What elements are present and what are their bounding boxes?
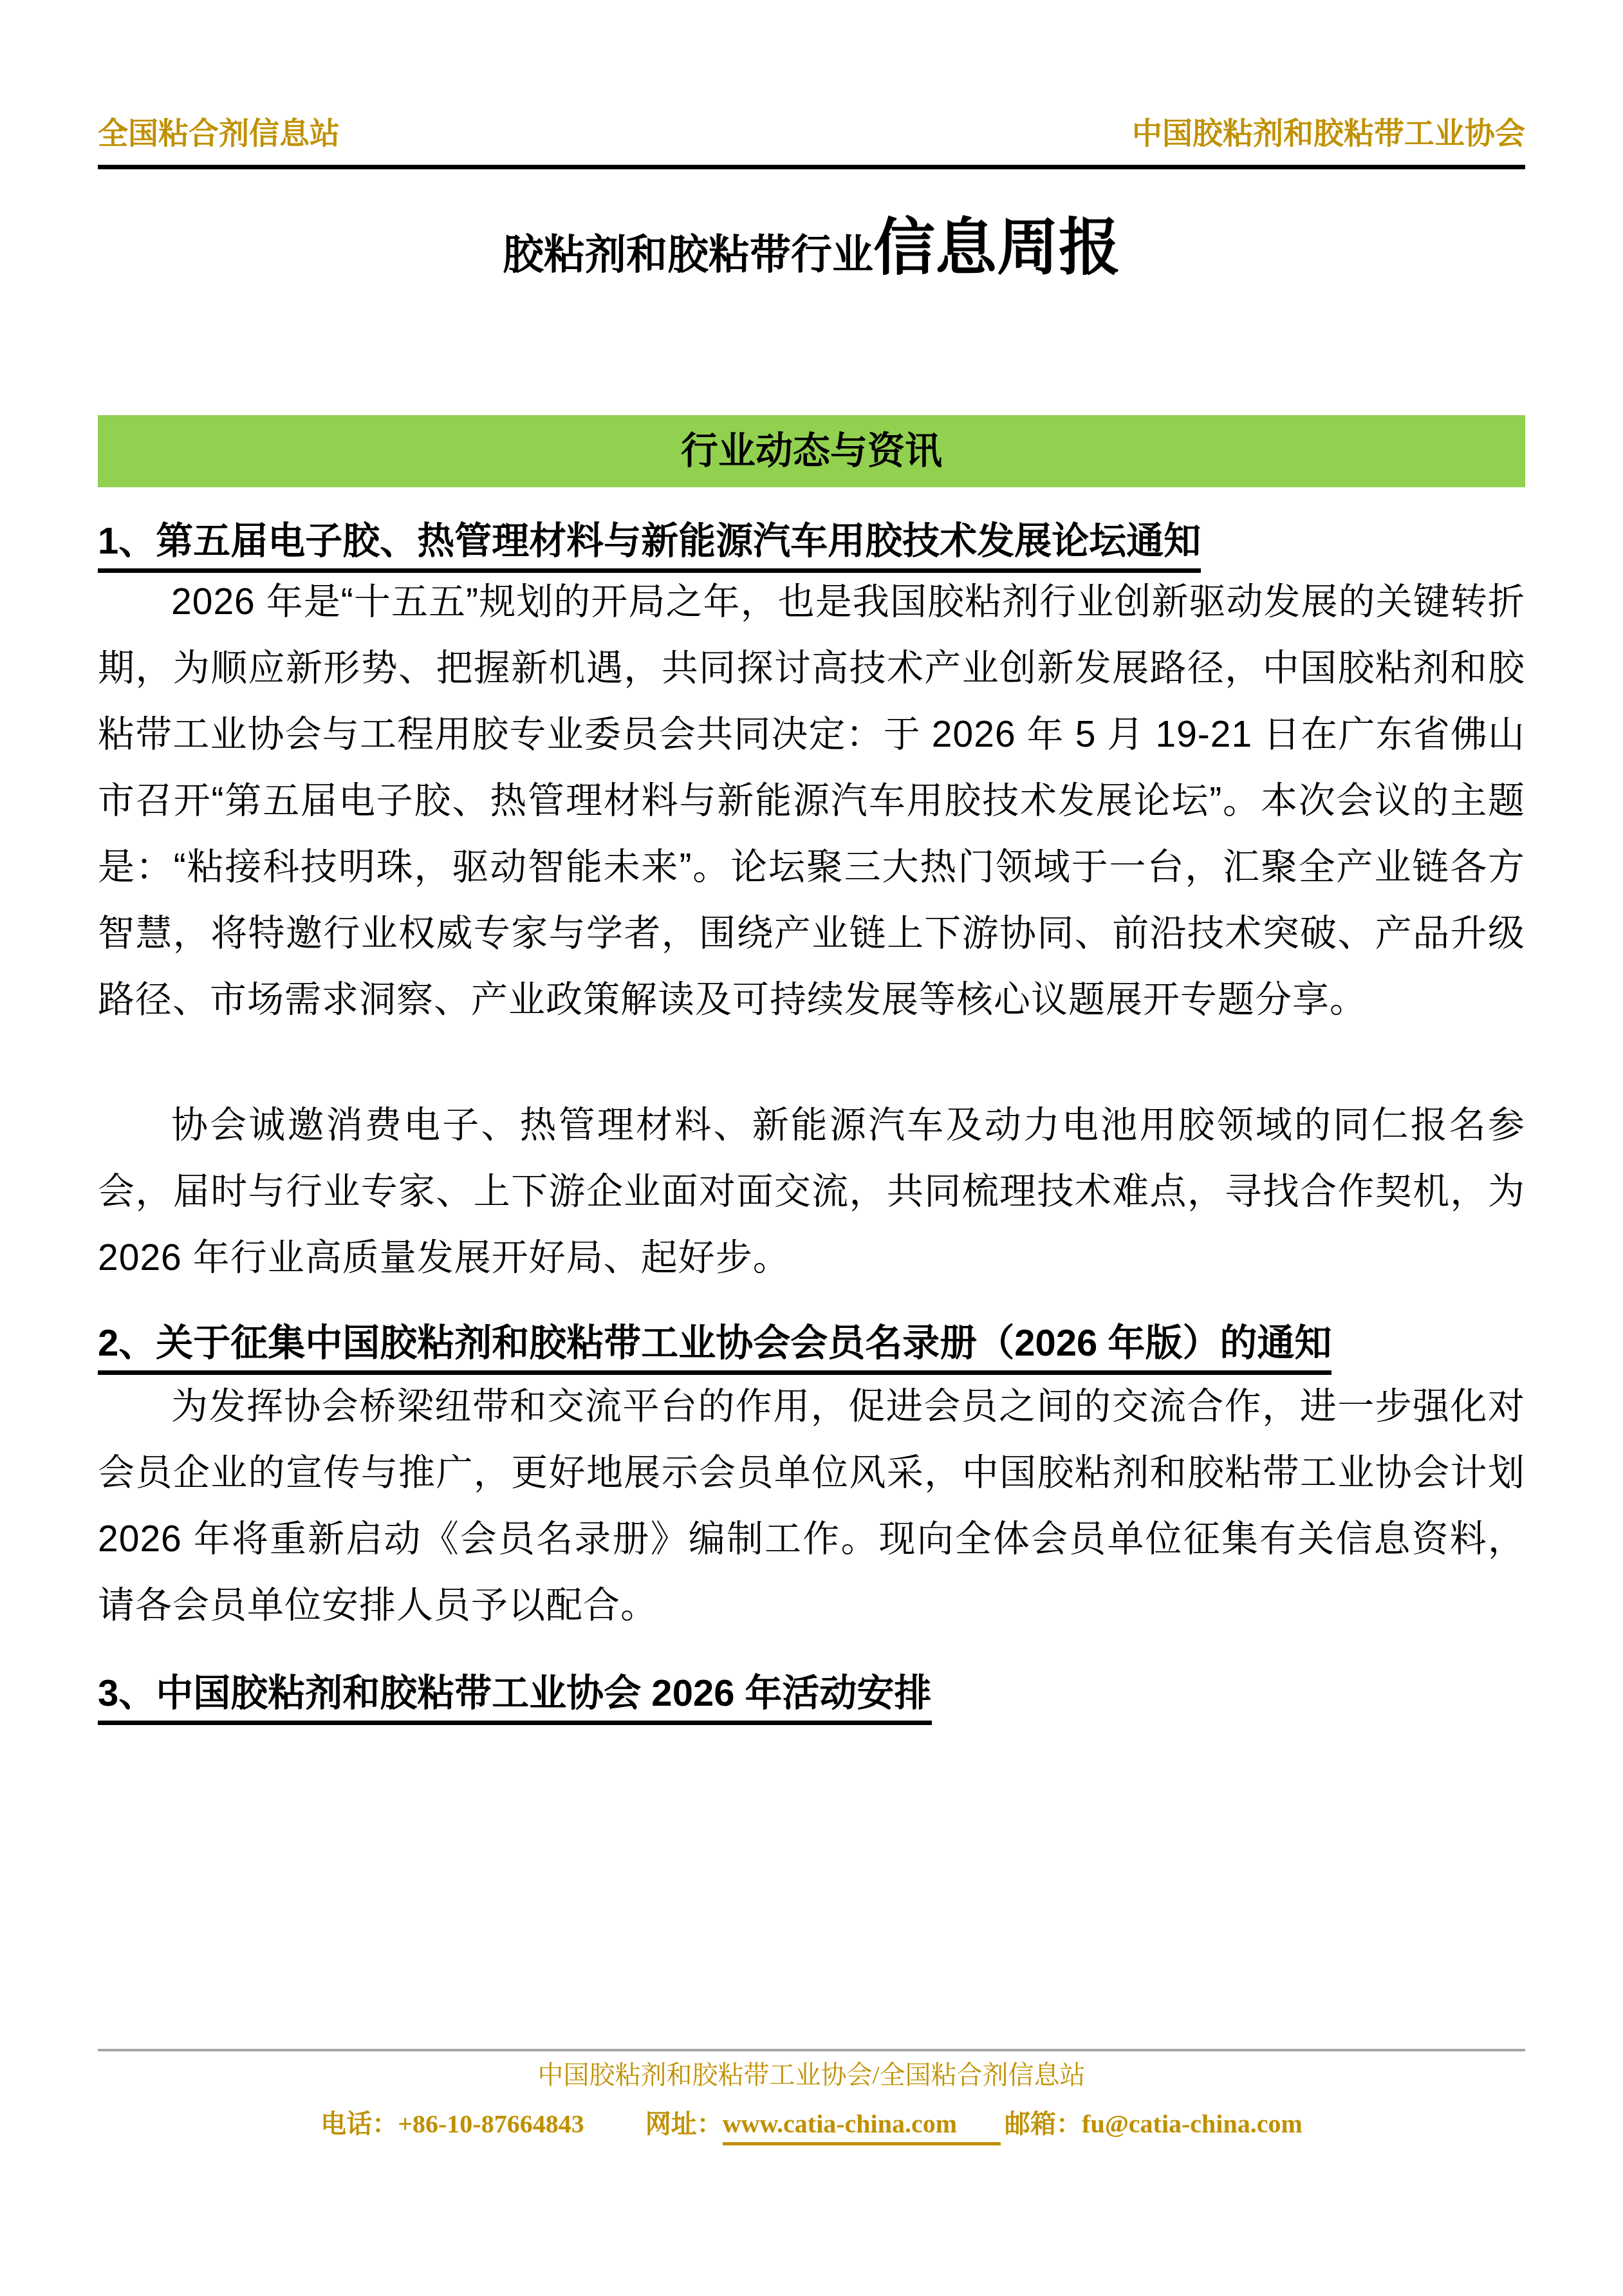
header-rule [98, 165, 1525, 169]
document-page: 全国粘合剂信息站 中国胶粘剂和胶粘带工业协会 胶粘剂和胶粘带行业信息周报 行业动… [0, 0, 1623, 2296]
email-value: fu@catia-china.com [1082, 2109, 1303, 2138]
header-left-org: 全国粘合剂信息站 [98, 116, 340, 152]
section-3-heading-text: 3、中国胶粘剂和胶粘带工业协会 2026 年活动安排 [98, 1672, 932, 1725]
section-1-paragraph-2: 协会诚邀消费电子、热管理材料、新能源汽车及动力电池用胶领域的同仁报名参会，届时与… [98, 1092, 1525, 1291]
title-prefix: 胶粘剂和胶粘带行业 [503, 231, 873, 277]
email-label: 邮箱： [1005, 2109, 1082, 2138]
phone-label: 电话： [320, 2109, 398, 2138]
footer-org-line: 中国胶粘剂和胶粘带工业协会/全国粘合剂信息站 [0, 2058, 1623, 2092]
section-2-heading: 2、关于征集中国胶粘剂和胶粘带工业协会会员名录册（2026 年版）的通知 [98, 1321, 1525, 1366]
header-right-org: 中国胶粘剂和胶粘带工业协会 [1132, 116, 1525, 152]
page-title: 胶粘剂和胶粘带行业信息周报 [0, 212, 1623, 283]
section-1-paragraph-1: 2026 年是“十五五”规划的开局之年，也是我国胶粘剂行业创新驱动发展的关键转折… [98, 569, 1525, 1033]
footer-contacts: 电话：+86-10-87664843网址：www.catia-china.com… [0, 2106, 1623, 2142]
footer-separator [98, 2049, 1525, 2051]
section-banner: 行业动态与资讯 [98, 415, 1525, 487]
phone-value: +86-10-87664843 [398, 2109, 584, 2138]
section-2-paragraph-1: 为发挥协会桥梁纽带和交流平台的作用，促进会员之间的交流合作，进一步强化对会员企业… [98, 1374, 1525, 1639]
section-1-heading: 1、第五届电子胶、热管理材料与新能源汽车用胶技术发展论坛通知 [98, 519, 1525, 564]
section-1-heading-text: 1、第五届电子胶、热管理材料与新能源汽车用胶技术发展论坛通知 [98, 520, 1201, 573]
title-main: 信息周报 [873, 213, 1120, 282]
page-header: 全国粘合剂信息站 中国胶粘剂和胶粘带工业协会 [98, 116, 1525, 152]
website-link[interactable]: www.catia-china.com [723, 2109, 1001, 2145]
section-3-heading: 3、中国胶粘剂和胶粘带工业协会 2026 年活动安排 [98, 1671, 1525, 1716]
website-label: 网址： [645, 2109, 723, 2138]
section-2-heading-text: 2、关于征集中国胶粘剂和胶粘带工业协会会员名录册（2026 年版）的通知 [98, 1322, 1331, 1375]
banner-label: 行业动态与资讯 [681, 430, 942, 472]
